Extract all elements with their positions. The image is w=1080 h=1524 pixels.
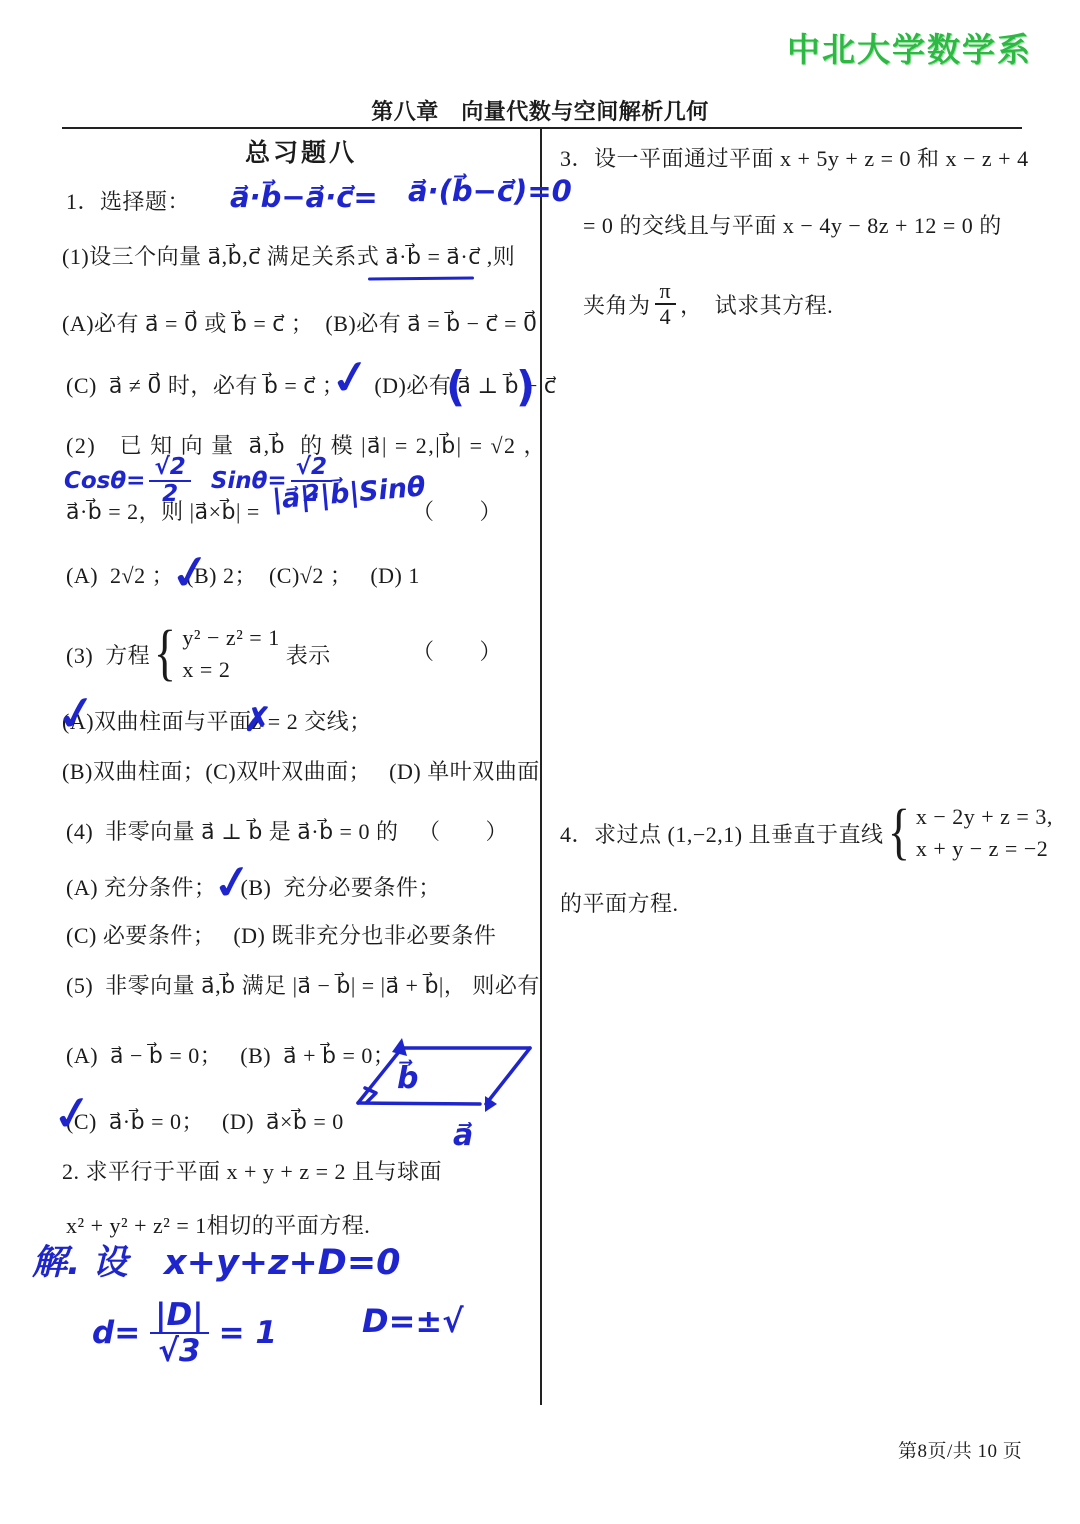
handwriting-paren-close: )	[516, 362, 535, 411]
p2-line1: 2. 求平行于平面 x + y + z = 2 且与球面	[62, 1158, 442, 1186]
hw-cos-label: Cosθ=	[64, 469, 145, 493]
q1-3-options-bcd: (B)双曲柱面；(C)双叶双曲面； (D) 单叶双曲面	[62, 758, 540, 786]
handwriting-cross-out-z: ✗	[243, 700, 272, 740]
handwriting-dot-product-expansion: a⃗·b⃗−a⃗·c⃗=	[230, 182, 378, 212]
handwriting-check-c: ✓	[48, 1083, 96, 1144]
q1-2-options: (A) 2√2 ； (B) 2； (C)√2 ； (D) 1	[66, 562, 420, 590]
q1-3-option-a: (A)双曲柱面与平面z = 2 交线；	[62, 708, 372, 736]
vector-a-edge	[358, 1103, 480, 1104]
q1-3-brace: {	[154, 626, 177, 682]
hw-d-den: √3	[155, 1334, 203, 1368]
hw-cos-num: √2	[149, 455, 190, 482]
document-page: 中北大学数学系 第八章 向量代数与空间解析几何 总习题八 1．选择题： a⃗·b…	[0, 0, 1080, 1524]
q1-4-options-cd: (C) 必要条件； (D) 既非充分也非必要条件	[66, 922, 496, 950]
q1-3-eq1: y² − z² = 1	[182, 625, 279, 651]
handwriting-check-b: ✓	[166, 542, 214, 603]
q1-3-stem: (3) 方程{y² − z² = 1x = 2 表示	[66, 618, 331, 690]
vector-b-edge	[358, 1048, 402, 1103]
q1-4-stem: (4) 非零向量 a⃗ ⊥ b⃗ 是 a⃗·b⃗ = 0 的	[66, 818, 398, 846]
handwriting-dot-product-result: a⃗·(b⃗−c⃗)=0	[408, 176, 572, 206]
angle-tick	[365, 1088, 376, 1102]
p3-line3: 夹角为π4， 试求其方程.	[583, 272, 833, 336]
q1-2-answer-paren: （ ）	[412, 498, 502, 526]
p3-line1: 3．设一平面通过平面 x + 5y + z = 0 和 x − z + 4	[560, 145, 1029, 173]
p3-frac-num: π	[655, 279, 677, 305]
right-edge	[486, 1048, 530, 1104]
p4-eq1: x − 2y + z = 3,	[916, 804, 1053, 830]
handwriting-paren-open: (	[446, 362, 465, 411]
q1-3-eq2: x = 2	[182, 657, 279, 683]
q1-2-line2: a⃗·b⃗ = 2，则 |a⃗×b⃗| =	[66, 498, 260, 526]
p4-brace: {	[887, 805, 910, 861]
p4-stem: 4．求过点 (1,−2,1) 且垂直于直线{x − 2y + z = 3,x +…	[560, 798, 1053, 868]
handwriting-check-a: ✓	[52, 683, 100, 744]
q1-1-underlined-relation: a⃗·b⃗ = a⃗·c⃗	[385, 244, 481, 269]
q1-3-answer-paren: （ ）	[412, 638, 502, 666]
q1-1-options-cd: (C) a⃗ ≠ 0⃗ 时，必有 b⃗ = c⃗ ； (D)必有 a⃗ ⊥ b⃗…	[66, 372, 557, 400]
p3-angle-pre: 夹角为	[583, 289, 651, 320]
p2-line2: x² + y² + z² = 1相切的平面方程.	[66, 1212, 370, 1240]
handwriting-distance-eq: d=|D|√3= 1	[92, 1298, 277, 1368]
parallelogram-sketch: b⃗ a⃗	[345, 1030, 550, 1160]
handwriting-check-d: ✓	[326, 347, 374, 408]
q1-label: 1．选择题：	[66, 188, 190, 216]
hw-sin-num: √2	[291, 455, 332, 482]
handwriting-underline	[368, 276, 474, 280]
chapter-header: 第八章 向量代数与空间解析几何	[0, 98, 1080, 126]
page-number: 第8页/共 10 页	[898, 1440, 1022, 1464]
vector-b-label: b⃗	[397, 1060, 418, 1096]
handwriting-D-result: D=±√	[362, 1305, 464, 1339]
handwriting-check-b4: ✓	[208, 852, 256, 913]
hw-d-pre: d=	[92, 1317, 140, 1350]
section-title: 总习题八	[62, 138, 540, 169]
q1-1-pre: (1)设三个向量 a⃗,b⃗,c⃗ 满足关系式	[62, 244, 385, 269]
handwriting-solution-setup: 解. 设 x+y+z+D=0	[32, 1245, 401, 1282]
hw-d-post: = 1	[219, 1317, 277, 1350]
p3-line2: = 0 的交线且与平面 x − 4y − 8z + 12 = 0 的	[583, 212, 1002, 240]
q1-4-answer-paren: （ ）	[418, 818, 508, 846]
q1-5-options-cd: (C) a⃗·b⃗ = 0； (D) a⃗×b⃗ = 0	[66, 1108, 344, 1136]
column-divider	[540, 127, 542, 1405]
q1-3-post: 表示	[280, 639, 331, 670]
q1-3-pre: (3) 方程	[66, 639, 150, 670]
vector-a-label: a⃗	[453, 1118, 473, 1153]
p4-pre: 4．求过点 (1,−2,1) 且垂直于直线	[560, 818, 884, 849]
hw-d-num: |D|	[150, 1298, 208, 1334]
q1-1-stem: (1)设三个向量 a⃗,b⃗,c⃗ 满足关系式 a⃗·b⃗ = a⃗·c⃗ ,则	[62, 243, 515, 271]
q1-1-post: ,则	[481, 244, 516, 269]
p3-angle-post: ， 试求其方程.	[680, 289, 833, 320]
header-rule	[62, 127, 1022, 129]
p3-frac-den: 4	[657, 305, 675, 329]
university-logo: 中北大学数学系	[787, 24, 1032, 71]
p4-line2: 的平面方程.	[560, 890, 679, 918]
q1-1-options-ab: (A)必有 a⃗ = 0⃗ 或 b⃗ = c⃗ ； (B)必有 a⃗ = b⃗ …	[62, 310, 537, 338]
p4-eq2: x + y − z = −2	[916, 836, 1053, 862]
q1-5-stem: (5) 非零向量 a⃗,b⃗ 满足 |a⃗ − b⃗| = |a⃗ + b⃗|，…	[66, 972, 540, 1000]
